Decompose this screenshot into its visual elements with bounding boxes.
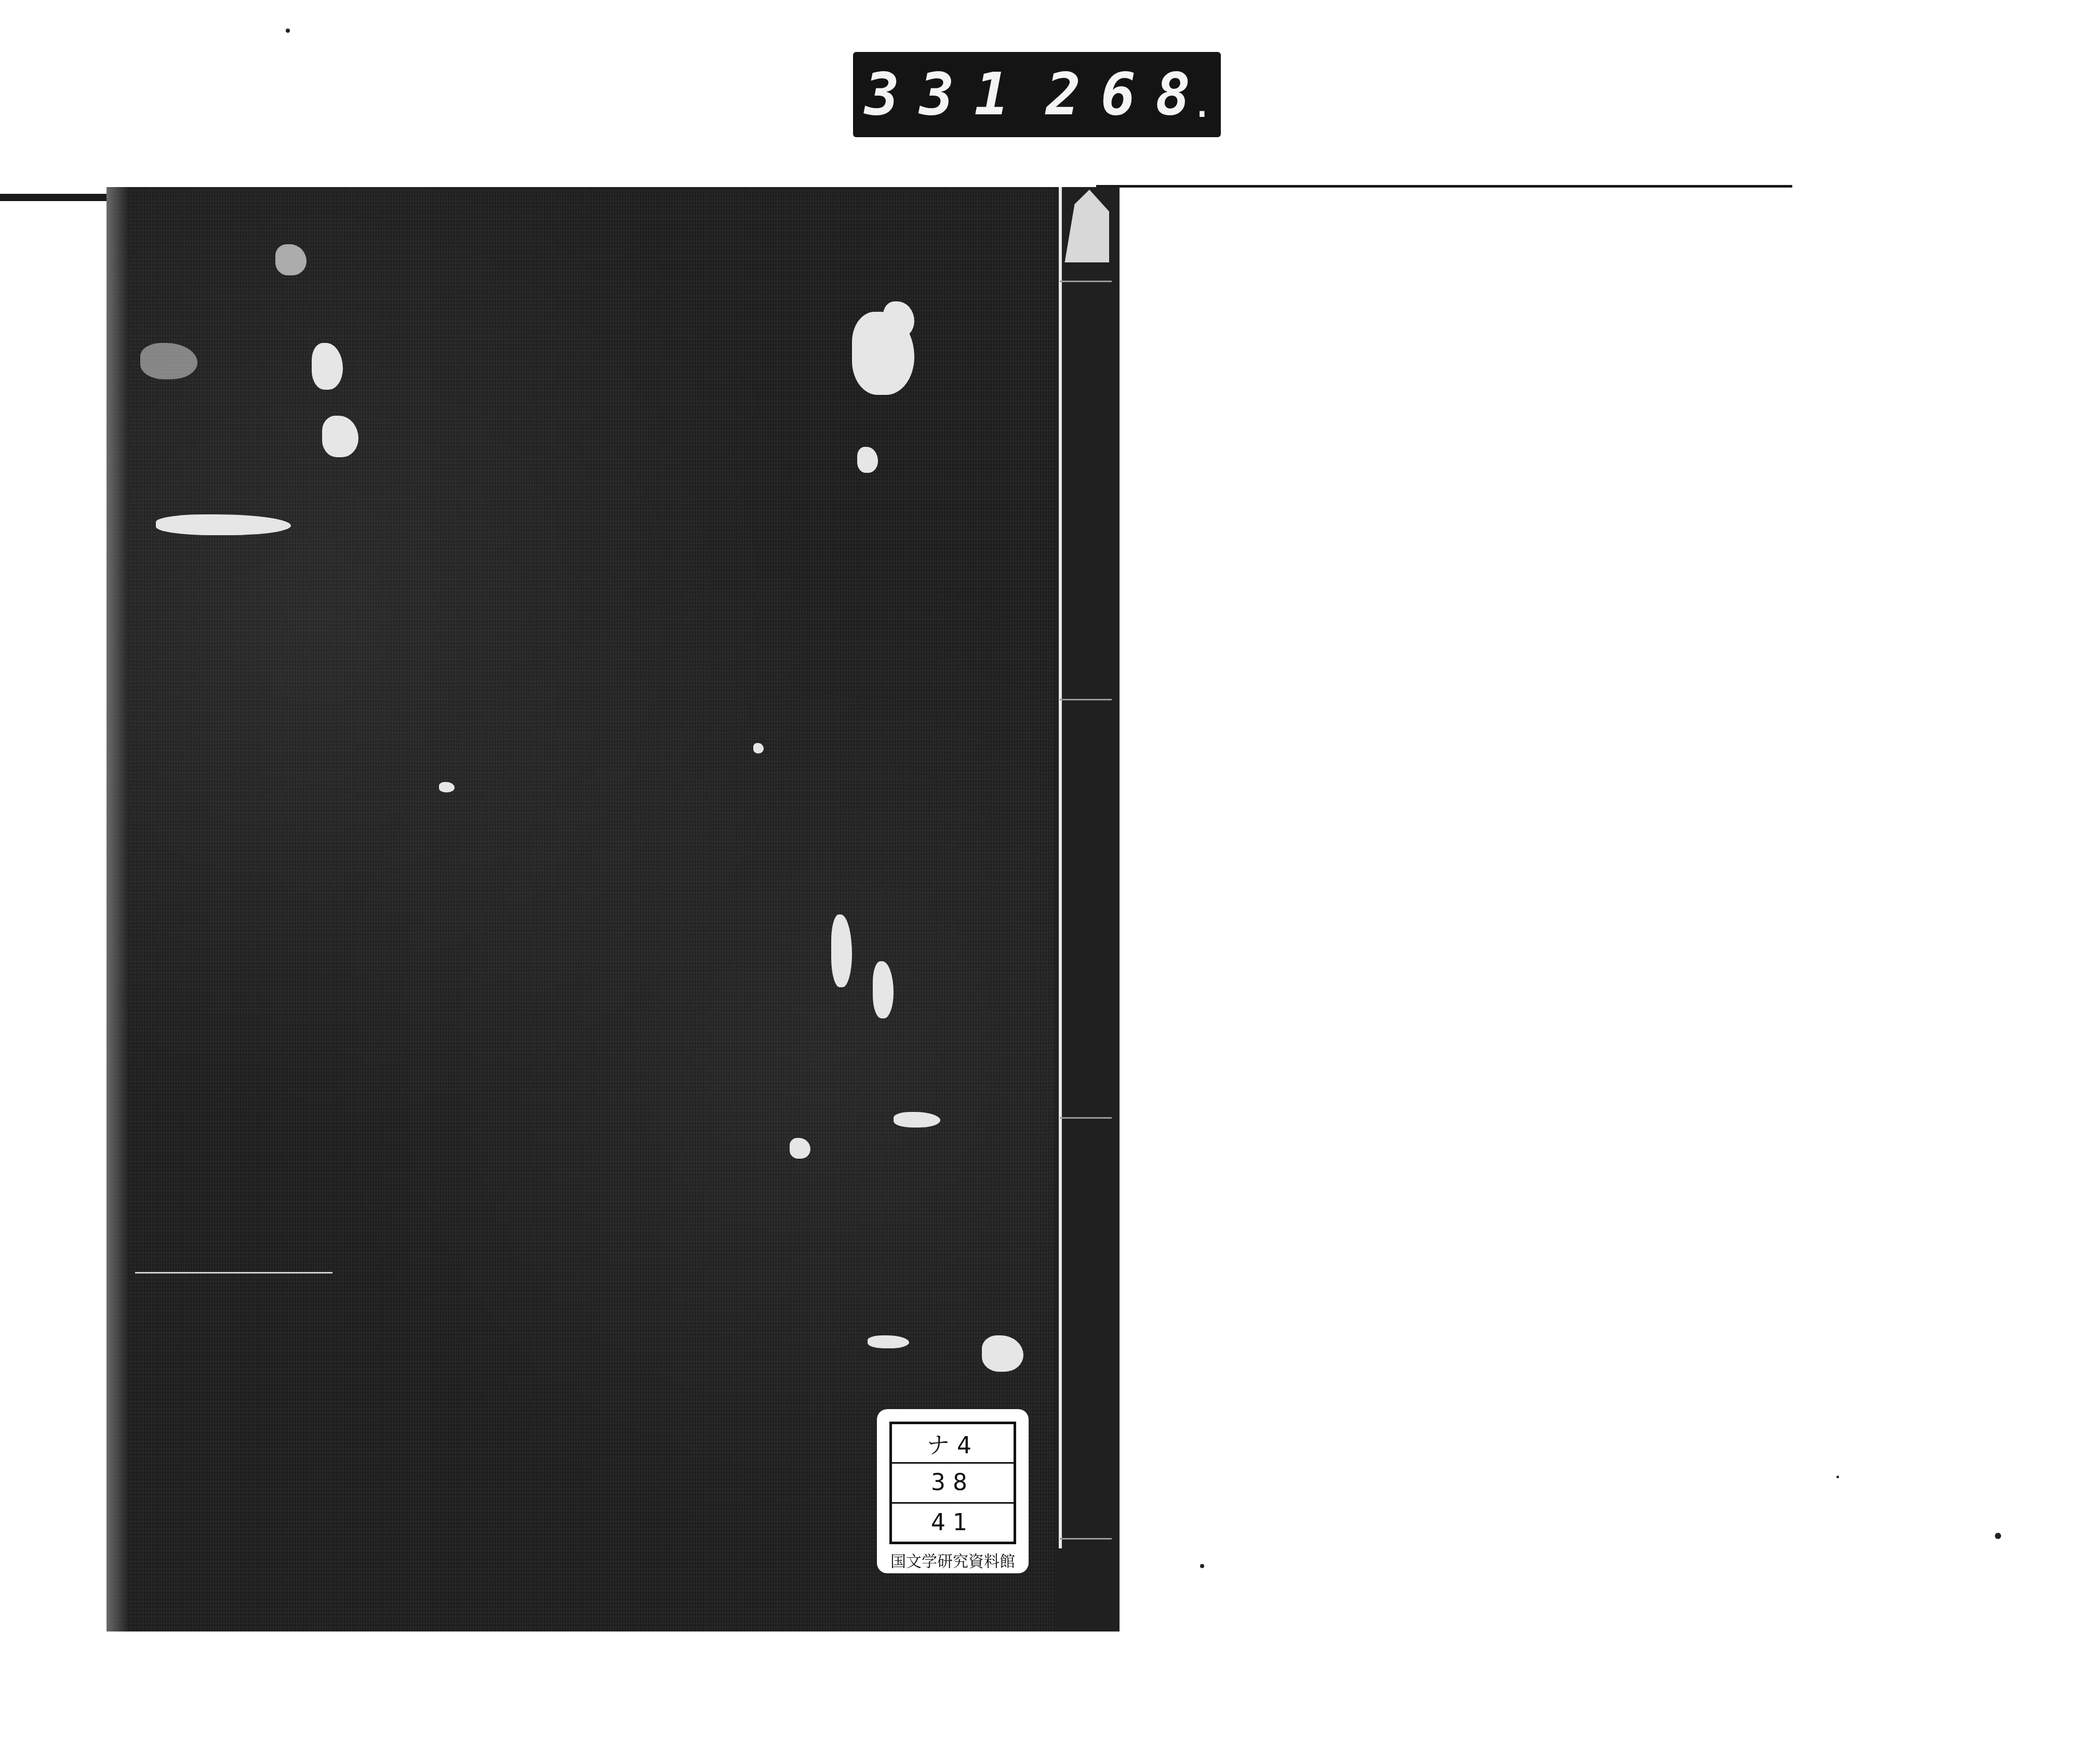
scan-speck <box>1200 1564 1204 1568</box>
frame-counter-right: 2 6 8 . <box>1046 61 1209 128</box>
binding-stitch <box>1060 699 1112 700</box>
institution-name: 国文学研究資料館 <box>877 1548 1029 1571</box>
scan-rule-left <box>0 194 109 201</box>
scan-speck <box>286 29 290 33</box>
counter-digit: 2 <box>1046 61 1081 128</box>
call-number-box: ナ4 38 41 <box>889 1422 1016 1544</box>
binding-stitch <box>1060 1538 1112 1540</box>
counter-suffix: . <box>1194 74 1209 128</box>
wear-mark <box>753 743 764 753</box>
wear-mark <box>857 447 878 473</box>
cover-scratch <box>135 1272 332 1274</box>
wear-mark <box>439 782 455 792</box>
scan-speck <box>1836 1476 1839 1478</box>
counter-digit: 1 <box>974 61 1009 128</box>
binding-thread <box>1059 187 1062 1548</box>
wear-mark <box>790 1138 810 1159</box>
call-number-row: 38 <box>892 1462 1014 1502</box>
wear-mark <box>156 514 291 535</box>
wear-mark <box>894 1112 940 1128</box>
scan-rule-right <box>1096 185 1792 188</box>
counter-digit: 6 <box>1101 61 1136 128</box>
counter-digit: 3 <box>864 61 899 128</box>
call-number-row: 41 <box>892 1502 1014 1542</box>
binding-stitch <box>1060 1117 1112 1119</box>
library-call-number-label: ナ4 38 41 国文学研究資料館 <box>877 1409 1029 1573</box>
binding-stitch <box>1060 281 1112 282</box>
scan-speck <box>1995 1533 2001 1539</box>
frame-counter-left: 3 3 1 <box>864 61 1009 128</box>
book-binding <box>1055 187 1120 1632</box>
counter-digit: 8 <box>1155 61 1190 128</box>
wear-mark <box>868 1335 909 1348</box>
call-number-row: ナ4 <box>892 1424 1014 1462</box>
frame-counter: 3 3 1 2 6 8 . <box>853 52 1221 137</box>
cover-worn-edge <box>106 187 127 1632</box>
counter-digit: 3 <box>919 61 954 128</box>
